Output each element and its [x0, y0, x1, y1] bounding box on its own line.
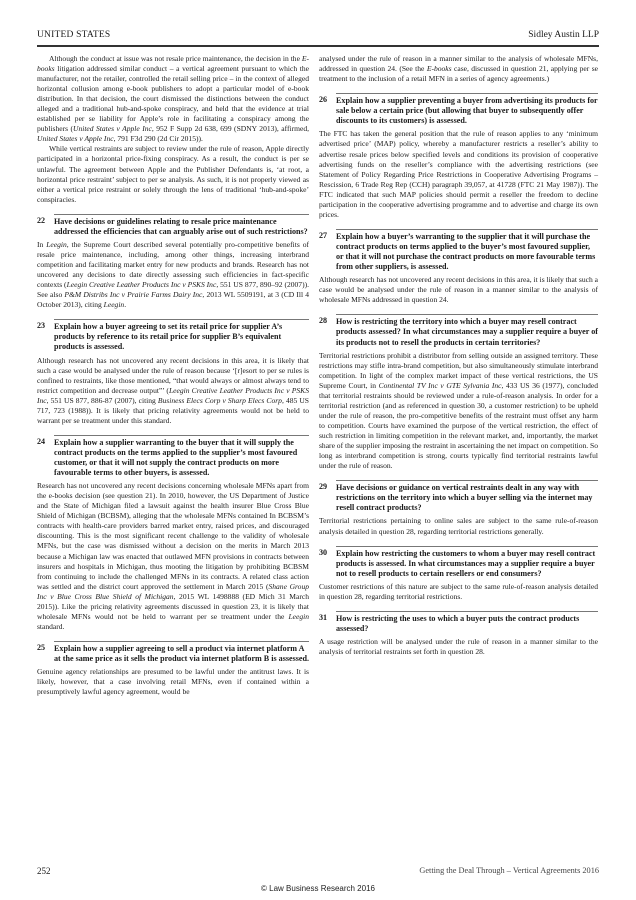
question-28: 28 How is restricting the territory into… — [319, 314, 598, 347]
question-22: 22 Have decisions or guidelines relating… — [37, 214, 309, 237]
answer-24: Research has not uncovered any recent de… — [37, 481, 309, 632]
question-heading: Explain how a supplier preventing a buye… — [336, 93, 598, 126]
question-heading: How is restricting the territory into wh… — [336, 314, 598, 347]
question-number: 27 — [319, 231, 327, 241]
question-25: 25 Explain how a supplier agreeing to se… — [37, 641, 309, 664]
question-number: 24 — [37, 437, 45, 447]
question-heading: Explain how a supplier warranting to the… — [54, 435, 309, 478]
question-29: 29 Have decisions or guidance on vertica… — [319, 480, 598, 513]
question-number: 30 — [319, 548, 327, 558]
question-number: 26 — [319, 95, 327, 105]
intro-paragraph-2: While vertical restraints are subject to… — [37, 144, 309, 204]
continuation-paragraph: analysed under the rule of reason in a m… — [319, 54, 598, 84]
question-heading: Explain how restricting the customers to… — [336, 546, 598, 579]
question-number: 22 — [37, 216, 45, 226]
answer-30: Customer restrictions of this nature are… — [319, 582, 598, 602]
left-column: Although the conduct at issue was not re… — [37, 54, 309, 697]
question-heading: Explain how a supplier agreeing to sell … — [54, 641, 309, 664]
question-24: 24 Explain how a supplier warranting to … — [37, 435, 309, 478]
answer-28: Territorial restrictions prohibit a dist… — [319, 351, 598, 472]
answer-25: Genuine agency relationships are presume… — [37, 667, 309, 697]
header-country: UNITED STATES — [37, 30, 110, 40]
copyright-notice: © Law Business Research 2016 — [0, 884, 636, 893]
question-heading: Explain how a buyer agreeing to set its … — [54, 319, 309, 352]
question-heading: Explain how a buyer’s warranting to the … — [336, 229, 598, 272]
question-number: 25 — [37, 643, 45, 653]
question-number: 29 — [319, 482, 327, 492]
question-heading: Have decisions or guidelines relating to… — [54, 214, 309, 237]
answer-27: Although research has not uncovered any … — [319, 275, 598, 305]
answer-31: A usage restriction will be analysed und… — [319, 637, 598, 657]
header-divider — [37, 45, 599, 47]
question-26: 26 Explain how a supplier preventing a b… — [319, 93, 598, 126]
intro-paragraph-1: Although the conduct at issue was not re… — [37, 54, 309, 144]
header-firm: Sidley Austin LLP — [528, 30, 599, 40]
question-31: 31 How is restricting the uses to which … — [319, 611, 598, 634]
answer-29: Territorial restrictions pertaining to o… — [319, 516, 598, 536]
page-number: 252 — [37, 866, 51, 876]
publication-title: Getting the Deal Through – Vertical Agre… — [419, 866, 599, 875]
question-number: 23 — [37, 321, 45, 331]
question-23: 23 Explain how a buyer agreeing to set i… — [37, 319, 309, 352]
document-page: UNITED STATES Sidley Austin LLP Although… — [37, 0, 599, 900]
question-30: 30 Explain how restricting the customers… — [319, 546, 598, 579]
question-number: 28 — [319, 316, 327, 326]
question-number: 31 — [319, 613, 327, 623]
running-header: UNITED STATES Sidley Austin LLP — [37, 30, 599, 44]
question-heading: Have decisions or guidance on vertical r… — [336, 480, 598, 513]
answer-22: In Leegin, the Supreme Court described s… — [37, 240, 309, 310]
answer-26: The FTC has taken the general position t… — [319, 129, 598, 219]
answer-23: Although research has not uncovered any … — [37, 356, 309, 426]
question-27: 27 Explain how a buyer’s warranting to t… — [319, 229, 598, 272]
right-column: analysed under the rule of reason in a m… — [319, 54, 598, 657]
question-heading: How is restricting the uses to which a b… — [336, 611, 598, 634]
